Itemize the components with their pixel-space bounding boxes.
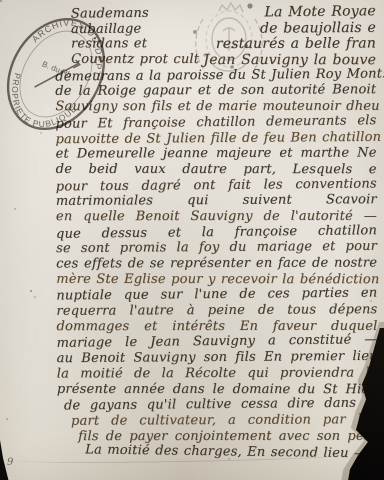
manuscript-line: part de cultivateur, a condition par luy xyxy=(71,412,378,429)
stamp-center-text: B. du Rh. xyxy=(41,60,75,81)
manuscript-line: la moitié de la Récolte qui proviendra l… xyxy=(57,365,378,382)
manuscript-line: au Benoit Sauvigny son fils En premier l… xyxy=(57,349,378,367)
manuscript-line: La moitié des charges, En second lieu — xyxy=(85,443,329,462)
manuscript-scan: ARCHIVES DU DEPT PROPRIETE PUBLIQUE B. d… xyxy=(0,0,384,480)
manuscript-line: de beid vaux dautre part, Lesquels e xyxy=(56,162,377,178)
manuscript-line: en quelle Benoit Sauvigny de l'autorité … xyxy=(56,209,377,225)
manuscript-line: présente année dans le domaine du St Hie… xyxy=(57,381,378,397)
archive-stamp-icon: ARCHIVES DU DEPT PROPRIETE PUBLIQUE B. d… xyxy=(4,12,108,136)
svg-text:PROPRIETE PUBLIQUE: PROPRIETE PUBLIQUE xyxy=(4,70,80,136)
manuscript-line: matrimoniales qui suivent Scavoir xyxy=(56,192,377,209)
page-number-mark: 9 xyxy=(7,457,13,468)
manuscript-line: se sont promis la foy du mariage et pour xyxy=(56,239,377,257)
manuscript-line: requerra l'autre à peine de tous dépens xyxy=(56,302,377,319)
manuscript-line: ces effets de se représenter en face de … xyxy=(56,255,377,272)
paper-speck xyxy=(0,0,2,2)
manuscript-line: et Demeurelle jeanne majeure et marthe N… xyxy=(56,146,377,163)
stamp-arc-bottom-text: PROPRIETE PUBLIQUE xyxy=(4,70,80,136)
